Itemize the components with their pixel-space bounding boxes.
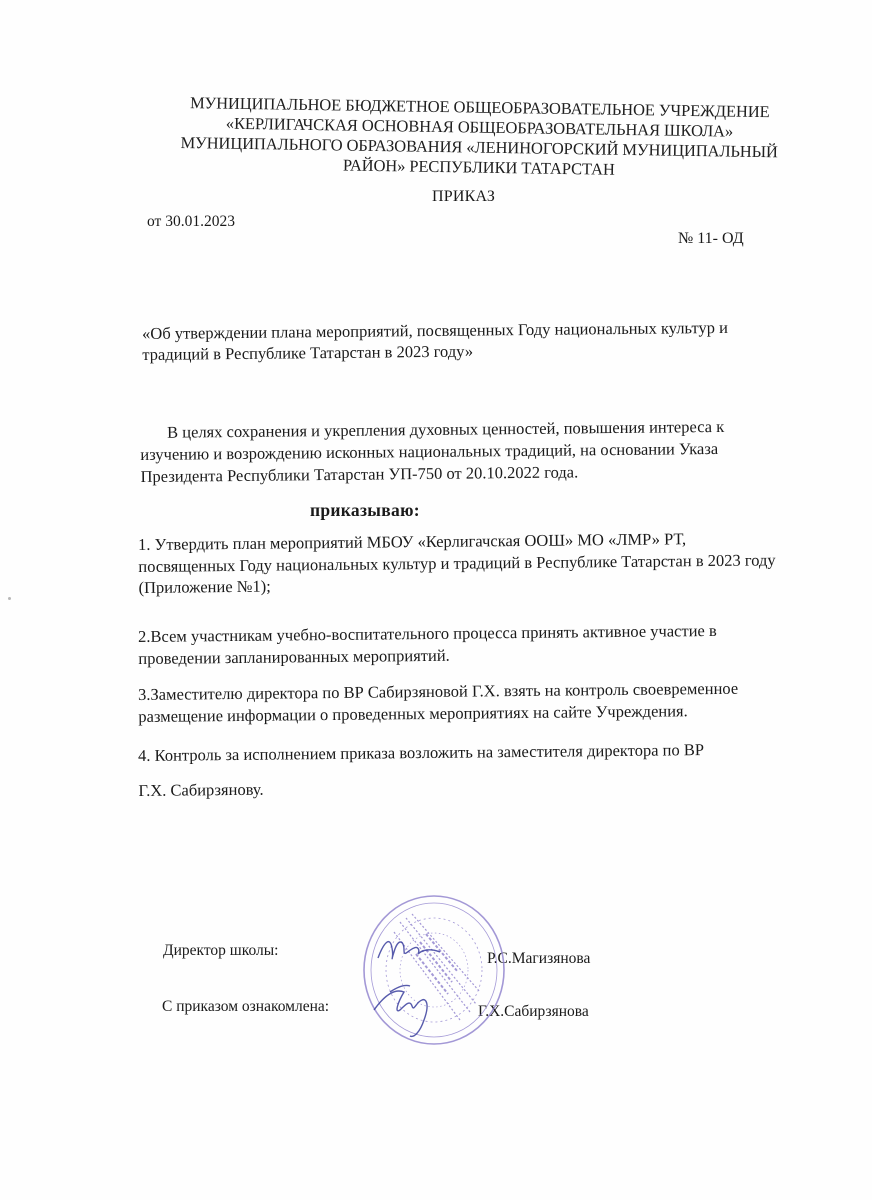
- item-line: Г.Х. Сабирзянову.: [138, 772, 858, 801]
- order-subject: «Об утверждении плана мероприятий, посвя…: [142, 316, 842, 365]
- order-item-3: 3.Заместителю директора по ВР Сабирзянов…: [138, 676, 858, 727]
- order-item-4: 4. Контроль за исполнением приказа возло…: [138, 737, 859, 801]
- institution-header: МУНИЦИПАЛЬНОЕ БЮДЖЕТНОЕ ОБЩЕОБРАЗОВАТЕЛЬ…: [119, 92, 840, 183]
- official-stamp-icon: [360, 892, 508, 1048]
- order-directive-word: приказываю:: [310, 500, 420, 521]
- document-page: МУНИЦИПАЛЬНОЕ БЮДЖЕТНОЕ ОБЩЕОБРАЗОВАТЕЛЬ…: [0, 0, 872, 1200]
- scan-speck: [8, 597, 11, 600]
- director-label: Директор школы:: [163, 942, 278, 960]
- item-line: 4. Контроль за исполнением приказа возло…: [138, 737, 858, 766]
- document-title: ПРИКАЗ: [432, 188, 495, 206]
- acknowledged-label: С приказом ознакомлена:: [162, 998, 329, 1016]
- order-item-1: 1. Утвердить план мероприятий МБОУ «Керл…: [138, 526, 859, 598]
- preamble-paragraph: В целях сохранения и укрепления духовных…: [140, 415, 841, 488]
- order-number: № 11- ОД: [678, 230, 744, 248]
- order-item-2: 2.Всем участникам учебно-воспитательного…: [138, 618, 858, 669]
- order-date: от 30.01.2023: [147, 213, 235, 231]
